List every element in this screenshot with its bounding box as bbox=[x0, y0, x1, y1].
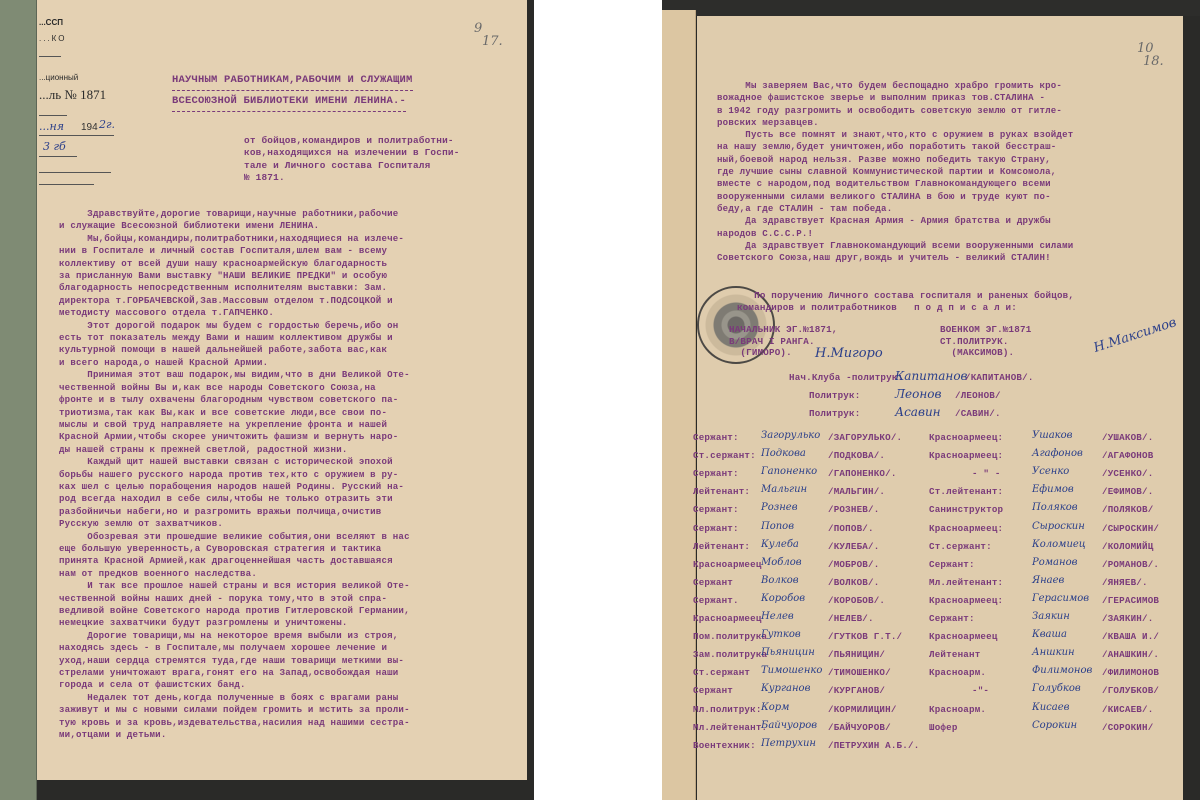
text-line: Этот дорогой подарок мы будем с гордость… bbox=[59, 320, 529, 332]
roster-signature: Пьяницин bbox=[761, 647, 815, 658]
roster-rank: Мл.лейтенант: bbox=[929, 577, 1003, 588]
roster-signature: Агафонов bbox=[1032, 448, 1083, 459]
letter-body-continued: Мы заверяем Вас,что будем беспощадно хра… bbox=[717, 80, 1157, 264]
text-line: разбойничьи набеги,но и разгромить вражь… bbox=[59, 506, 529, 518]
text-line: борьбы нашего русского народа против тех… bbox=[59, 469, 529, 481]
form-rule bbox=[39, 156, 77, 157]
roster-rank: Красноармеец bbox=[693, 559, 762, 570]
roster-name: /СЫРОСКИН/ bbox=[1102, 523, 1159, 534]
roster-rank: Мл.политрук: bbox=[693, 704, 762, 715]
roster-name: /ПЕТРУХИН А.Б./. bbox=[828, 740, 919, 751]
text-line: Мы,бойцы,командиры,политработники,находя… bbox=[59, 233, 529, 245]
text-line: ровских мерзавцев. bbox=[717, 117, 1157, 129]
roster-rank: Лейтенант: bbox=[693, 486, 750, 497]
roster-signature: Кулеба bbox=[761, 539, 799, 550]
text-line: за присланную Вами выставку "НАШИ ВЕЛИКИ… bbox=[59, 270, 529, 282]
roster-name: /КУЛЕБА/. bbox=[828, 541, 879, 552]
roster-name: /ПЬЯНИЦИН/ bbox=[828, 649, 885, 660]
text-line: коллективу от всей души нашу красноармей… bbox=[59, 258, 529, 270]
text-line: Советского Союза,наш друг,вождь и учител… bbox=[717, 252, 1157, 264]
roster-rank: Сержант: bbox=[693, 468, 739, 479]
roster-signature: Заякин bbox=[1032, 611, 1070, 622]
roster-name: /КВАША И./ bbox=[1102, 631, 1159, 642]
roster-name: /ЕФИМОВ/. bbox=[1102, 486, 1153, 497]
text-line: ках шел с целью порабощения народов наше… bbox=[59, 481, 529, 493]
roster-name: /УШАКОВ/. bbox=[1102, 432, 1153, 443]
commissar-block: ВОЕНКОМ ЭГ.№1871 СТ.ПОЛИТРУК. (МАКСИМОВ)… bbox=[940, 324, 1031, 359]
text-line: ведливой войне Советского народа против … bbox=[59, 605, 529, 617]
roster-rank: Сержант bbox=[693, 685, 733, 696]
text-line: триотизма,так как Вы,как и все советские… bbox=[59, 407, 529, 419]
roster-name: /КИСАЕВ/. bbox=[1102, 704, 1153, 715]
text-line: ный,боевой народ нельзя. Разве можно поб… bbox=[717, 154, 1157, 166]
roster-rank: Ст.сержант bbox=[693, 667, 750, 678]
roster-rank: Ст.сержант: bbox=[693, 450, 756, 461]
officer-signature: Леонов bbox=[895, 387, 941, 401]
right-page-paper: 10 18. Мы заверяем Вас,что будем беспоща… bbox=[697, 16, 1183, 800]
org-line-1: ...ССП bbox=[39, 18, 63, 27]
roster-name: /БАЙЧУОРОВ/ bbox=[828, 722, 891, 733]
roster-name: /АНАШКИН/. bbox=[1102, 649, 1159, 660]
form-rule bbox=[39, 172, 111, 173]
roster-rank: Ст.сержант: bbox=[929, 541, 992, 552]
roster-rank: Сержант: bbox=[929, 559, 975, 570]
text-line: чественной войны Вы и,как все народы Сов… bbox=[59, 382, 529, 394]
roster-rank: Красноармеец bbox=[693, 613, 762, 624]
text-line: нии в Госпитале и личный состав Госпитал… bbox=[59, 245, 529, 257]
date-year: 194 bbox=[81, 122, 98, 133]
commissar-signature: Н.Максимов bbox=[1092, 315, 1179, 356]
roster-rank: Сержант: bbox=[929, 613, 975, 624]
officer-name: /КАПИТАНОВ/. bbox=[965, 372, 1034, 383]
text-line: методисту массового отдела т.ГАПЧЕНКО. bbox=[59, 307, 529, 319]
binding-strip bbox=[0, 0, 37, 800]
roster-rank: -"- bbox=[972, 685, 989, 696]
officer-name: /ЛЕОНОВ/ bbox=[955, 390, 1001, 401]
roster-rank: Санинструктор bbox=[929, 504, 1003, 515]
roster-rank: Пом.политрука bbox=[693, 631, 767, 642]
date-handwritten: ...ня bbox=[39, 120, 64, 133]
title-line-1: НАУЧНЫМ РАБОТНИКАМ,РАБОЧИМ И СЛУЖАЩИМ bbox=[172, 70, 413, 91]
roster-rank: Красноарм. bbox=[929, 667, 986, 678]
officer-name: /САВИН/. bbox=[955, 408, 1001, 419]
text-line: Принимая этот ваш подарок,мы видим,что в… bbox=[59, 369, 529, 381]
folio-bottom: 17. bbox=[482, 35, 503, 48]
text-line: есть тот показатель между Вами и нашим к… bbox=[59, 332, 529, 344]
roster-signature: Байчуоров bbox=[761, 720, 817, 731]
form-rule bbox=[39, 115, 67, 116]
roster-name: /КОРОБОВ/. bbox=[828, 595, 885, 606]
roster-name: /ВОЛКОВ/. bbox=[828, 577, 879, 588]
roster-name: /КОЛОМИЙЦ bbox=[1102, 541, 1153, 552]
form-rule bbox=[39, 184, 94, 185]
text-line: Да здравствует Красная Армия - Армия бра… bbox=[717, 215, 1157, 227]
right-page-scan: 10 18. Мы заверяем Вас,что будем беспоща… bbox=[662, 0, 1200, 800]
officer-rank: Нач.Клуба -политрук: bbox=[789, 372, 903, 383]
roster-rank: Лейтенант: bbox=[693, 541, 750, 552]
roster-name: /ГЕРАСИМОВ bbox=[1102, 595, 1159, 606]
text-line: вожадное фашистское зверье и выполним пр… bbox=[717, 92, 1157, 104]
text-line: и служащие Всесоюзной библиотеки имени Л… bbox=[59, 220, 529, 232]
roster-rank: Шофер bbox=[929, 722, 958, 733]
binding-margin bbox=[662, 10, 696, 800]
roster-signature: Сорокин bbox=[1032, 720, 1077, 731]
roster-name: /ЗАГОРУЛЬКО/. bbox=[828, 432, 902, 443]
roster-name: /НЕЛЕВ/. bbox=[828, 613, 874, 624]
roster-signature: Тимошенко bbox=[761, 665, 822, 676]
text-line: вооруженными силами великого СТАЛИНА в б… bbox=[717, 191, 1157, 203]
roster-signature: Курганов bbox=[761, 683, 810, 694]
roster-rank: Красноармеец: bbox=[929, 523, 1003, 534]
roster-rank: Красноармеец bbox=[929, 631, 998, 642]
text-line: вместе с народом,под водительством Главн… bbox=[717, 178, 1157, 190]
date-year-handwritten: 2г. bbox=[99, 118, 115, 131]
text-line: тую кровь и за кровь,издевательства,наси… bbox=[59, 717, 529, 729]
roster-signature: Голубков bbox=[1032, 683, 1081, 694]
roster-rank: Мл.лейтенант. bbox=[693, 722, 767, 733]
roster-rank: Сержант: bbox=[693, 504, 739, 515]
text-line: Русскую землю от захватчиков. bbox=[59, 518, 529, 530]
text-line: Недалек тот день,когда полученные в боях… bbox=[59, 692, 529, 704]
roster-signature: Загорулько bbox=[761, 430, 820, 441]
officer-rank: Политрук: bbox=[809, 408, 860, 419]
text-line: Здравствуйте,дорогие товарищи,научные ра… bbox=[59, 208, 529, 220]
text-line: мыслы и свой труд направляете на укрепле… bbox=[59, 419, 529, 431]
text-line: и всего народа,о нашей Красной Армии. bbox=[59, 357, 529, 369]
text-line: ми,отцами и детьми. bbox=[59, 729, 529, 741]
roster-signature: Усенко bbox=[1032, 466, 1069, 477]
text-line: Мы заверяем Вас,что будем беспощадно хра… bbox=[717, 80, 1157, 92]
roster-rank: Красноармеец: bbox=[929, 432, 1003, 443]
chief-doctor-signature: Н.Мигоро bbox=[815, 346, 883, 361]
letter-body: Здравствуйте,дорогие товарищи,научные ра… bbox=[59, 208, 529, 741]
roster-rank: Сержант: bbox=[693, 523, 739, 534]
text-line: народов С.С.С.Р.! bbox=[717, 228, 1157, 240]
text-line: в 1942 году разгромить и освободить сове… bbox=[717, 105, 1157, 117]
text-line: культурной помощи в нашей дальнейшей раб… bbox=[59, 344, 529, 356]
text-line: где лучшие сыны славной Коммунистической… bbox=[717, 166, 1157, 178]
roster-rank: Сержант. bbox=[693, 595, 739, 606]
text-line: заживут и мы с новыми силами пойдем гром… bbox=[59, 704, 529, 716]
roster-signature: Герасимов bbox=[1032, 593, 1089, 604]
roster-rank: Красноарм. bbox=[929, 704, 986, 715]
roster-signature: Моблов bbox=[761, 557, 802, 568]
roster-signature: Ефимов bbox=[1032, 484, 1074, 495]
text-line: род всегда находил в себе силы,чтобы не … bbox=[59, 493, 529, 505]
document-title: НАУЧНЫМ РАБОТНИКАМ,РАБОЧИМ И СЛУЖАЩИМ ВС… bbox=[172, 70, 413, 112]
left-page-scan: ...ССП ...КО ...ционный ...ль № 1871 ...… bbox=[0, 0, 534, 800]
officer-rank: Политрук: bbox=[809, 390, 860, 401]
roster-signature: Гутков bbox=[761, 629, 801, 640]
roster-signature: Аншкин bbox=[1032, 647, 1075, 658]
officer-signature: Асавин bbox=[895, 405, 941, 419]
roster-name: /ПОПОВ/. bbox=[828, 523, 874, 534]
title-line-2: ВСЕСОЮЗНОЙ БИБЛИОТЕКИ ИМЕНИ ЛЕНИНА.- bbox=[172, 91, 406, 112]
roster-signature: Романов bbox=[1032, 557, 1077, 568]
roster-name: /КОРМИЛИЦИН/ bbox=[828, 704, 897, 715]
form-line-1: ...ционный bbox=[39, 73, 78, 82]
folio-bottom: 18. bbox=[1143, 55, 1164, 68]
text-line: немецкие захватчики будут разгромлены и … bbox=[59, 617, 529, 629]
roster-signature: Кисаев bbox=[1032, 702, 1069, 713]
roster-signature: Сыроскин bbox=[1032, 521, 1085, 532]
roster-signature: Волков bbox=[761, 575, 799, 586]
text-line: стрелами уничтожают врага,гонят его на З… bbox=[59, 667, 529, 679]
roster-signature: Коломиец bbox=[1032, 539, 1086, 550]
roster-signature: Поляков bbox=[1032, 502, 1078, 513]
roster-name: /ЗАЯКИН/. bbox=[1102, 613, 1153, 624]
roster-name: /МАЛЬГИН/. bbox=[828, 486, 885, 497]
roster-name: /КУРГАНОВ/ bbox=[828, 685, 885, 696]
number-handwritten: 3 гб bbox=[43, 140, 66, 153]
signatures-intro: По поручению Личного состава госпиталя и… bbox=[737, 290, 1074, 314]
roster-signature: Кваша bbox=[1032, 629, 1067, 640]
text-line: Красной Армии,чтобы скорее уничтожить фа… bbox=[59, 431, 529, 443]
roster-signature: Коробов bbox=[761, 593, 805, 604]
text-line: директора т.ГОРБАЧЕВСКОЙ,Зав.Массовым от… bbox=[59, 295, 529, 307]
roster-name: /ГУТКОВ Г.Т./ bbox=[828, 631, 902, 642]
roster-signature: Попов bbox=[761, 521, 794, 532]
form-line-2: ...ль № 1871 bbox=[39, 87, 106, 103]
text-line: ды нашей страны к прежней светлой, радос… bbox=[59, 444, 529, 456]
text-line: принята Красной Армией,как драгоценнейша… bbox=[59, 555, 529, 567]
roster-name: /СОРОКИН/ bbox=[1102, 722, 1153, 733]
form-rule bbox=[39, 56, 61, 57]
text-line: находясь здесь - в Госпитале,мы получаем… bbox=[59, 642, 529, 654]
roster-rank: Ст.лейтенант: bbox=[929, 486, 1003, 497]
scan-top-edge bbox=[662, 0, 1200, 16]
officer-signature: Капитанов bbox=[895, 369, 968, 383]
text-line: И так все прошлое нашей страны и вся ист… bbox=[59, 580, 529, 592]
roster-name: /ГОЛУБКОВ/ bbox=[1102, 685, 1159, 696]
roster-signature: Мальгин bbox=[761, 484, 807, 495]
text-line: Пусть все помнят и знают,что,кто с оружи… bbox=[717, 129, 1157, 141]
roster-rank: Сержант bbox=[693, 577, 733, 588]
text-line: еще большую уверенность,а Суворовская ст… bbox=[59, 543, 529, 555]
roster-name: /АГАФОНОВ bbox=[1102, 450, 1153, 461]
roster-rank: - " - bbox=[972, 468, 1001, 479]
date-rule bbox=[39, 135, 114, 136]
roster-name: /ГАПОНЕНКО/. bbox=[828, 468, 897, 479]
roster-rank: Сержант: bbox=[693, 432, 739, 443]
text-line: Да здравствует Главнокомандующий всеми в… bbox=[717, 240, 1157, 252]
text-line: Дорогие товарищи,мы на некоторое время в… bbox=[59, 630, 529, 642]
roster-name: /УСЕНКО/. bbox=[1102, 468, 1153, 479]
org-line-2: ...КО bbox=[39, 34, 66, 43]
roster-name: /МОБРОВ/. bbox=[828, 559, 879, 570]
text-line: на нашу землю,будет уничтожен,ибо порабо… bbox=[717, 141, 1157, 153]
text-line: Обозревая эти прошедшие великие события,… bbox=[59, 531, 529, 543]
from-block: от бойцов,командиров и политработни- ков… bbox=[244, 135, 534, 185]
text-line: фронте и в тылу охвачены благородным чув… bbox=[59, 394, 529, 406]
text-line: чественной войны наших дней - порука том… bbox=[59, 593, 529, 605]
text-line: нам от предков военного наследства. bbox=[59, 568, 529, 580]
text-line: уход,наши сердца стремятся туда,где наши… bbox=[59, 655, 529, 667]
left-page-paper: ...ССП ...КО ...ционный ...ль № 1871 ...… bbox=[37, 0, 527, 780]
folio-number: 10 18. bbox=[1137, 42, 1164, 68]
roster-name: /ЯНЯЕВ/. bbox=[1102, 577, 1148, 588]
roster-signature: Рознев bbox=[761, 502, 798, 513]
roster-signature: Петрухин bbox=[761, 738, 816, 749]
roster-rank: Зам.политрука bbox=[693, 649, 767, 660]
roster-name: /РОЗНЕВ/. bbox=[828, 504, 879, 515]
text-line: беду,а где СТАЛИН - там победа. bbox=[717, 203, 1157, 215]
roster-signature: Гапоненко bbox=[761, 466, 817, 477]
text-line: города и села от фашистских банд. bbox=[59, 679, 529, 691]
roster-rank: Красноармеец: bbox=[929, 450, 1003, 461]
roster-name: /ФИЛИМОНОВ bbox=[1102, 667, 1159, 678]
roster-signature: Филимонов bbox=[1032, 665, 1092, 676]
roster-signature: Нелев bbox=[761, 611, 794, 622]
roster-signature: Янаев bbox=[1032, 575, 1064, 586]
roster-name: /ТИМОШЕНКО/ bbox=[828, 667, 891, 678]
roster-rank: Воентехник: bbox=[693, 740, 756, 751]
folio-number: 9 17. bbox=[474, 22, 503, 48]
roster-rank: Красноармеец: bbox=[929, 595, 1003, 606]
roster-signature: Корм bbox=[761, 702, 789, 713]
roster-signature: Подкова bbox=[761, 448, 806, 459]
roster-name: /ПОЛЯКОВ/ bbox=[1102, 504, 1153, 515]
roster-rank: Лейтенант bbox=[929, 649, 980, 660]
text-line: благодарность непосредственным исполните… bbox=[59, 282, 529, 294]
roster-signature: Ушаков bbox=[1032, 430, 1072, 441]
roster-name: /ПОДКОВА/. bbox=[828, 450, 885, 461]
roster-name: /РОМАНОВ/. bbox=[1102, 559, 1159, 570]
text-line: Каждый щит нашей выставки связан с истор… bbox=[59, 456, 529, 468]
